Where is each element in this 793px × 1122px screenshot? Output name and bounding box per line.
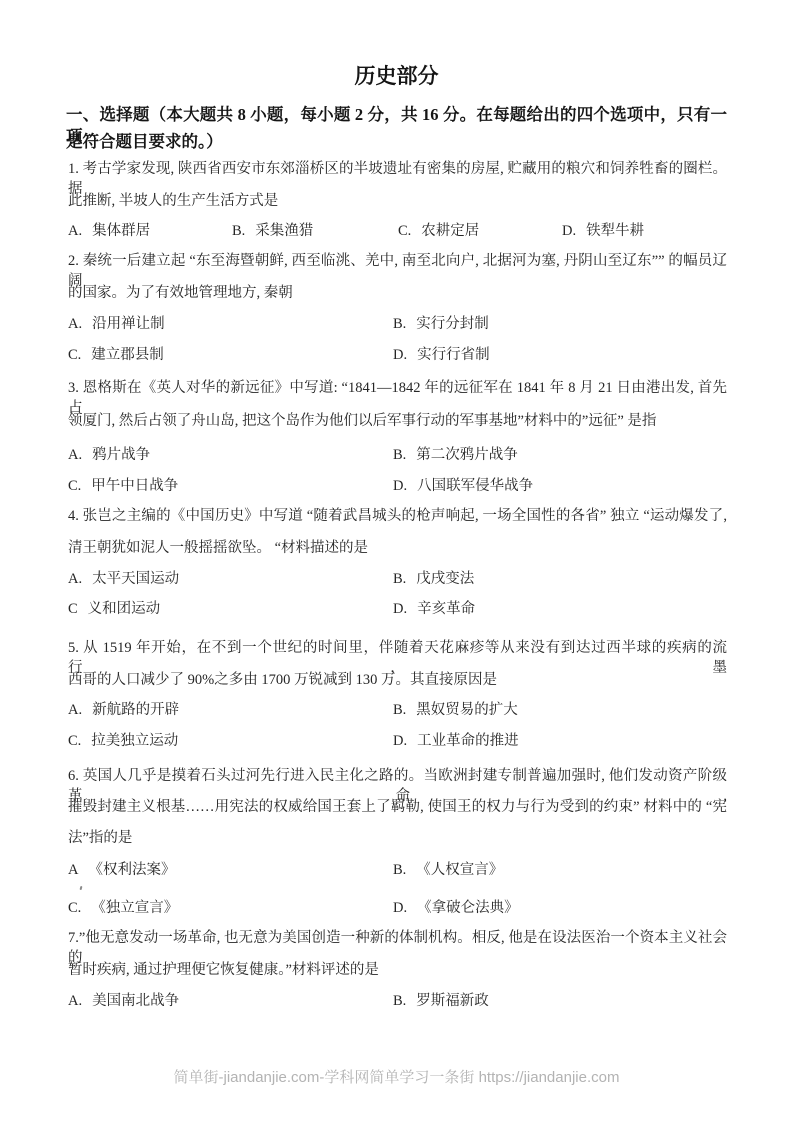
question-5-options-row-1: A.新航路的开辟 B.黑奴贸易的扩大 — [68, 700, 727, 720]
option-d: D.《拿破仑法典》 — [393, 898, 519, 918]
option-b: B.第二次鸦片战争 — [393, 445, 518, 465]
ink-speck — [80, 886, 83, 890]
option-a: A.沿用禅让制 — [68, 314, 165, 334]
option-d: D.辛亥革命 — [393, 599, 475, 619]
question-2-options-row-1: A.沿用禅让制 B.实行分封制 — [68, 314, 727, 334]
question-5-stem-line-2: 西哥的人口减少了 90%之多由 1700 万锐减到 130 万。其直接原因是 — [68, 670, 727, 690]
option-a: A.美国南北战争 — [68, 991, 179, 1011]
option-c: C.农耕定居 — [398, 221, 479, 241]
option-b: B.采集渔猎 — [232, 221, 313, 241]
option-a: A.新航路的开辟 — [68, 700, 179, 720]
option-d: D.八国联军侵华战争 — [393, 476, 533, 496]
option-b: B.实行分封制 — [393, 314, 489, 334]
option-a: A.集体群居 — [68, 221, 150, 241]
option-a: A《权利法案》 — [68, 860, 175, 880]
question-6-stem-line-2: 摧毁封建主义根基……用宪法的权威给国王套上了羁勒, 使国王的权力与行为受到的约束… — [68, 797, 727, 817]
section-heading-line-2: 是符合题目要求的。） — [66, 131, 727, 153]
question-7-stem-line-2: 暂时疾病, 通过护理便它恢复健康。”材料评述的是 — [68, 960, 727, 980]
option-a: A.鸦片战争 — [68, 445, 150, 465]
option-d: D.工业革命的推进 — [393, 731, 519, 751]
option-c: C义和团运动 — [68, 599, 160, 619]
question-2-options-row-2: C.建立郡县制 D.实行行省制 — [68, 345, 727, 365]
question-6-options-row-2: C.《独立宣言》 D.《拿破仑法典》 — [68, 898, 727, 918]
page-title: 历史部分 — [0, 63, 793, 89]
exam-page: 历史部分 一、选择题（本大题共 8 小题，每小题 2 分，共 16 分。在每题给… — [0, 0, 793, 1122]
question-5-options-row-2: C.拉美独立运动 D.工业革命的推进 — [68, 731, 727, 751]
question-1-stem-line-2: 此推断, 半坡人的生产生活方式是 — [68, 191, 727, 211]
option-a: A.太平天国运动 — [68, 569, 179, 589]
question-4-options-row-2: C义和团运动 D.辛亥革命 — [68, 599, 727, 619]
question-3-options-row-1: A.鸦片战争 B.第二次鸦片战争 — [68, 445, 727, 465]
option-b: B.戊戌变法 — [393, 569, 474, 589]
question-4-options-row-1: A.太平天国运动 B.戊戌变法 — [68, 569, 727, 589]
option-c: C.甲午中日战争 — [68, 476, 178, 496]
question-6-stem-line-3: 法”指的是 — [68, 828, 727, 848]
option-d: D.实行行省制 — [393, 345, 490, 365]
option-b: B.黑奴贸易的扩大 — [393, 700, 518, 720]
question-3-stem-line-2: 领厦门, 然后占领了舟山岛, 把这个岛作为他们以后军事行动的军事基地”材料中的”… — [68, 411, 727, 431]
question-1-options-row: A.集体群居 B.采集渔猎 C.农耕定居 D.铁犁牛耕 — [68, 221, 727, 241]
question-3-options-row-2: C.甲午中日战争 D.八国联军侵华战争 — [68, 476, 727, 496]
option-d: D.铁犁牛耕 — [562, 221, 644, 241]
footer-watermark: 简单街-jiandanjie.com-学科网简单学习一条街 https://ji… — [0, 1068, 793, 1088]
question-4-stem-line-1: 4. 张岂之主编的《中国历史》中写道 “随着武昌城头的枪声响起, 一场全国性的各… — [68, 506, 727, 526]
option-b: B.罗斯福新政 — [393, 991, 489, 1011]
question-2-stem-line-2: 的国家。为了有效地管理地方, 秦朝 — [68, 283, 727, 303]
option-c: C.建立郡县制 — [68, 345, 164, 365]
question-7-options-row-1: A.美国南北战争 B.罗斯福新政 — [68, 991, 727, 1011]
option-c: C.《独立宣言》 — [68, 898, 178, 918]
option-b: B.《人权宣言》 — [393, 860, 503, 880]
question-6-options-row-1: A《权利法案》 B.《人权宣言》 — [68, 860, 727, 880]
question-4-stem-line-2: 清王朝犹如泥人一般摇摇欲坠。 “材料描述的是 — [68, 538, 727, 558]
option-c: C.拉美独立运动 — [68, 731, 178, 751]
